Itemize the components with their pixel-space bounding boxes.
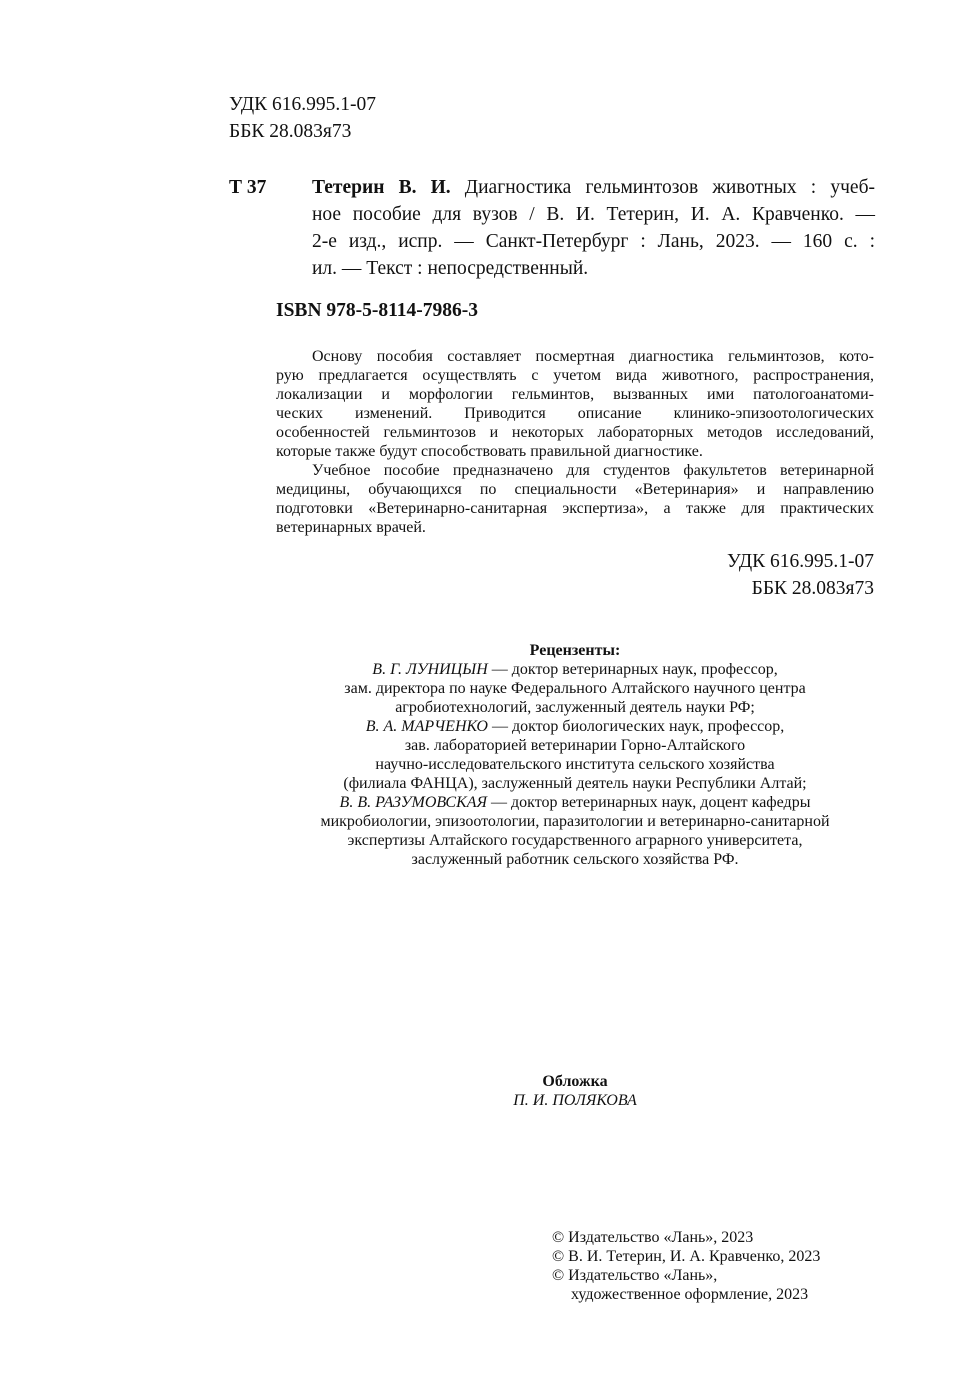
annotation-line: ветеринарных врачей.	[276, 518, 874, 537]
reviewers: Рецензенты: В. Г. ЛУНИЦЫН — доктор ветер…	[276, 641, 874, 869]
udk-bbk-top: УДК 616.995.1-07 ББК 28.083я73	[229, 91, 376, 145]
annotation-line: ческих изменений. Приводится описание кл…	[276, 404, 874, 423]
biblio-line: ил. — Текст : непосредственный.	[312, 255, 875, 282]
annotation-line: рую предлагается осуществлять с учетом в…	[276, 366, 874, 385]
copyright-line: © В. И. Тетерин, И. А. Кравченко, 2023	[552, 1247, 820, 1266]
reviewer-line: микробиологии, эпизоотологии, паразитоло…	[276, 812, 874, 831]
annotation-line: особенностей гельминтозов и некоторых ла…	[276, 423, 874, 442]
copyright-line: художественное оформление, 2023	[552, 1285, 820, 1304]
biblio-line: ное пособие для вузов / В. И. Тетерин, И…	[312, 201, 875, 228]
bbk-code: ББК 28.083я73	[229, 118, 376, 145]
annotation-line: которые также будут способствовать прави…	[276, 442, 874, 461]
reviewer-line: зав. лабораторией ветеринарии Горно-Алта…	[276, 736, 874, 755]
reviewers-heading: Рецензенты:	[276, 641, 874, 660]
bbk-code: ББК 28.083я73	[727, 575, 874, 602]
reviewer-name: В. В. РАЗУМОВСКАЯ	[340, 794, 487, 811]
reviewer-line: — доктор биологических наук, профессор,	[488, 718, 784, 735]
reviewer-name: В. Г. ЛУНИЦЫН	[372, 661, 487, 678]
reviewer-line: (филиала ФАНЦА), заслуженный деятель нау…	[276, 774, 874, 793]
annotation-line: Основу пособия составляет посмертная диа…	[276, 347, 874, 366]
reviewer-line: экспертизы Алтайского государственного а…	[276, 831, 874, 850]
copyright-line: © Издательство «Лань», 2023	[552, 1228, 820, 1247]
annotation-line: медицины, обучающихся по специальности «…	[276, 480, 874, 499]
annotation-line: локализации и морфологии гельминтов, выз…	[276, 385, 874, 404]
isbn: ISBN 978-5-8114-7986-3	[276, 297, 478, 324]
reviewer-line: заслуженный работник сельского хозяйства…	[276, 850, 874, 869]
udk-code: УДК 616.995.1-07	[727, 548, 874, 575]
udk-code: УДК 616.995.1-07	[229, 91, 376, 118]
annotation-line: подготовки «Ветеринарно-санитарная экспе…	[276, 499, 874, 518]
copyright-block: © Издательство «Лань», 2023 © В. И. Тете…	[552, 1228, 820, 1304]
reviewer-line: — доктор ветеринарных наук, доцент кафед…	[487, 794, 810, 811]
reviewer-line: — доктор ветеринарных наук, профессор,	[488, 661, 778, 678]
annotation-line: Учебное пособие предназначено для студен…	[276, 461, 874, 480]
cover-artist: П. И. ПОЛЯКОВА	[276, 1091, 874, 1110]
copyright-line: © Издательство «Лань»,	[552, 1266, 820, 1285]
biblio-line: 2-е изд., испр. — Санкт-Петербург : Лань…	[312, 228, 875, 255]
annotation: Основу пособия составляет посмертная диа…	[276, 347, 874, 537]
udk-bbk-bottom: УДК 616.995.1-07 ББК 28.083я73	[727, 548, 874, 602]
biblio-line: Диагностика гельминтозов животных : учеб…	[451, 177, 875, 198]
cover-heading: Обложка	[276, 1072, 874, 1091]
reviewer-line: агробиотехнологий, заслуженный деятель н…	[276, 698, 874, 717]
bibliographic-record: Т 37 Тетерин В. И. Диагностика гельминто…	[229, 174, 875, 282]
reviewer-line: научно-исследовательского института сель…	[276, 755, 874, 774]
author-mark: Т 37	[229, 174, 266, 201]
reviewer-name: В. А. МАРЧЕНКО	[366, 718, 488, 735]
author-name: Тетерин В. И.	[312, 177, 451, 198]
cover-credit: Обложка П. И. ПОЛЯКОВА	[276, 1072, 874, 1110]
reviewer-line: зам. директора по науке Федерального Алт…	[276, 679, 874, 698]
